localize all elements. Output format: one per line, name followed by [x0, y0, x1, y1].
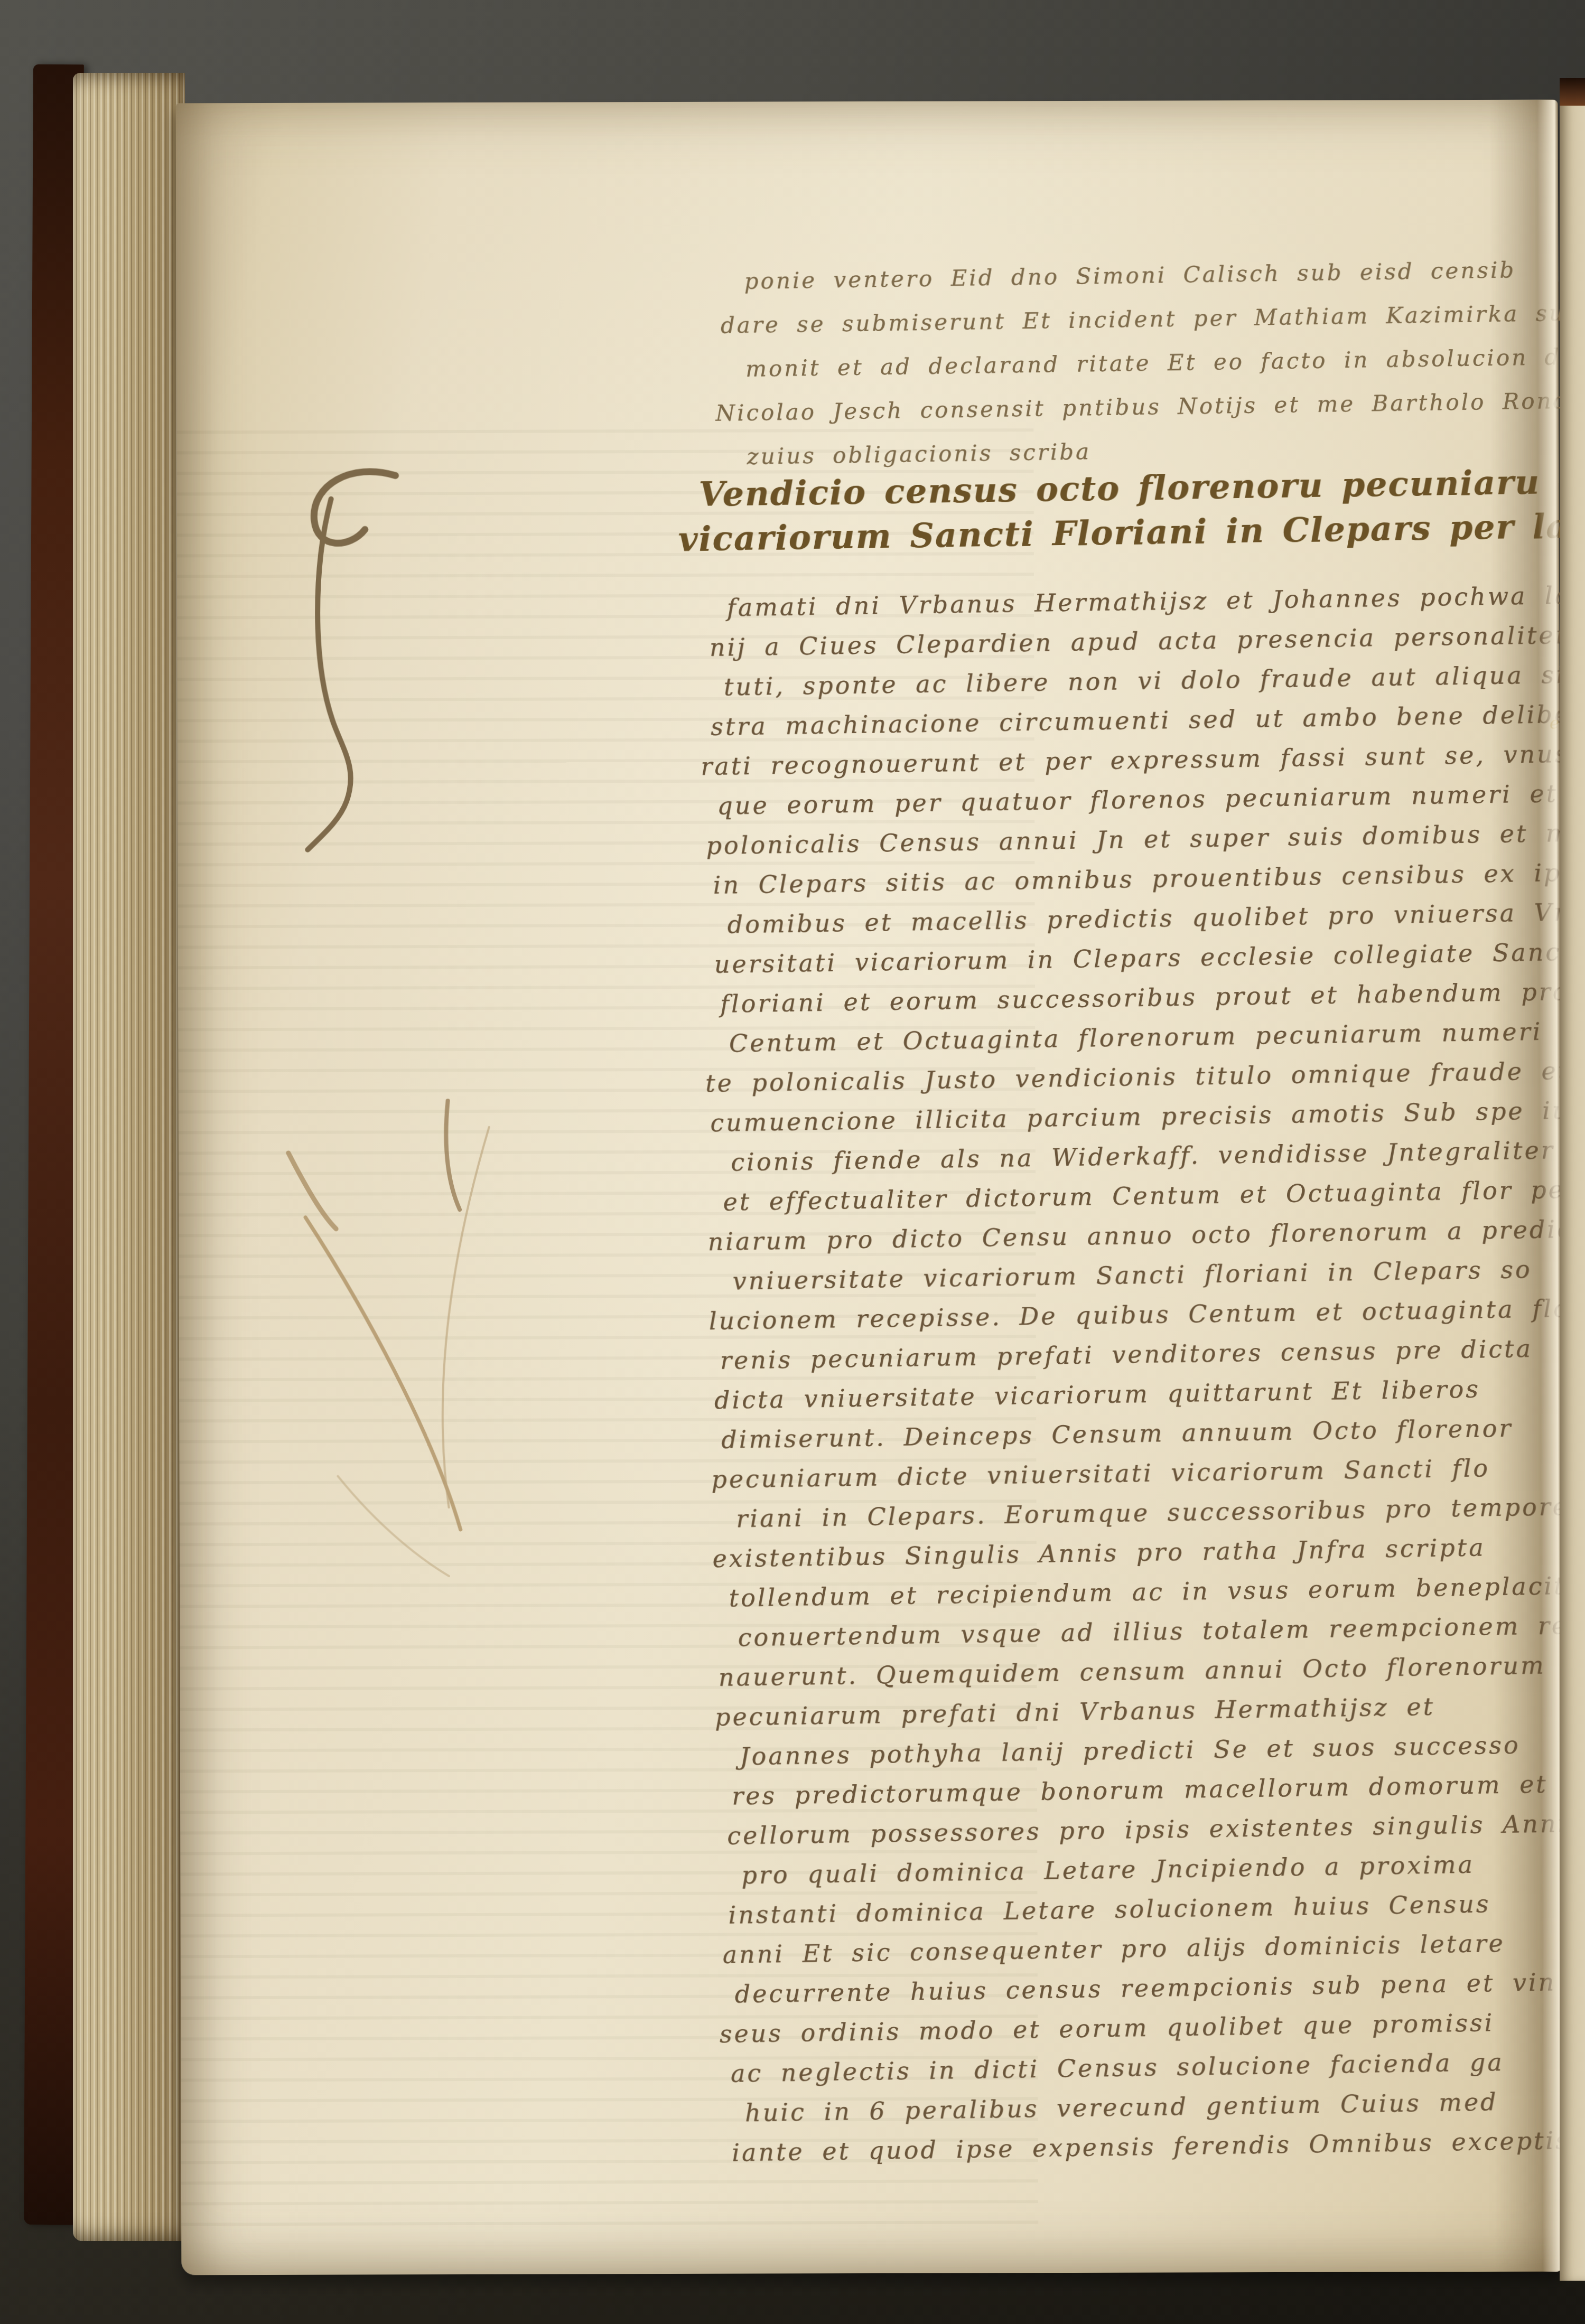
facing-cover-tip	[1560, 78, 1585, 106]
manuscript-page: ponie ventero Eid dno Simoni Calisch sub…	[176, 100, 1564, 2275]
page-block-fore-edges	[73, 73, 185, 2241]
gutter-fold-shadow	[1489, 100, 1564, 2272]
entry-body-text: famati dni Vrbanus Hermathijsz et Johann…	[698, 574, 1585, 2173]
photo-backdrop: ponie ventero Eid dno Simoni Calisch sub…	[0, 0, 1585, 2324]
next-page-sliver	[1560, 78, 1585, 2281]
marginal-note-block: ponie ventero Eid dno Simoni Calisch sub…	[720, 245, 1585, 479]
initial-letter-flourish	[282, 466, 431, 868]
handwritten-text-layer: ponie ventero Eid dno Simoni Calisch sub…	[487, 143, 1585, 2219]
entry-heading: Vendicio census octo florenoru pecuniaru…	[698, 457, 1585, 561]
